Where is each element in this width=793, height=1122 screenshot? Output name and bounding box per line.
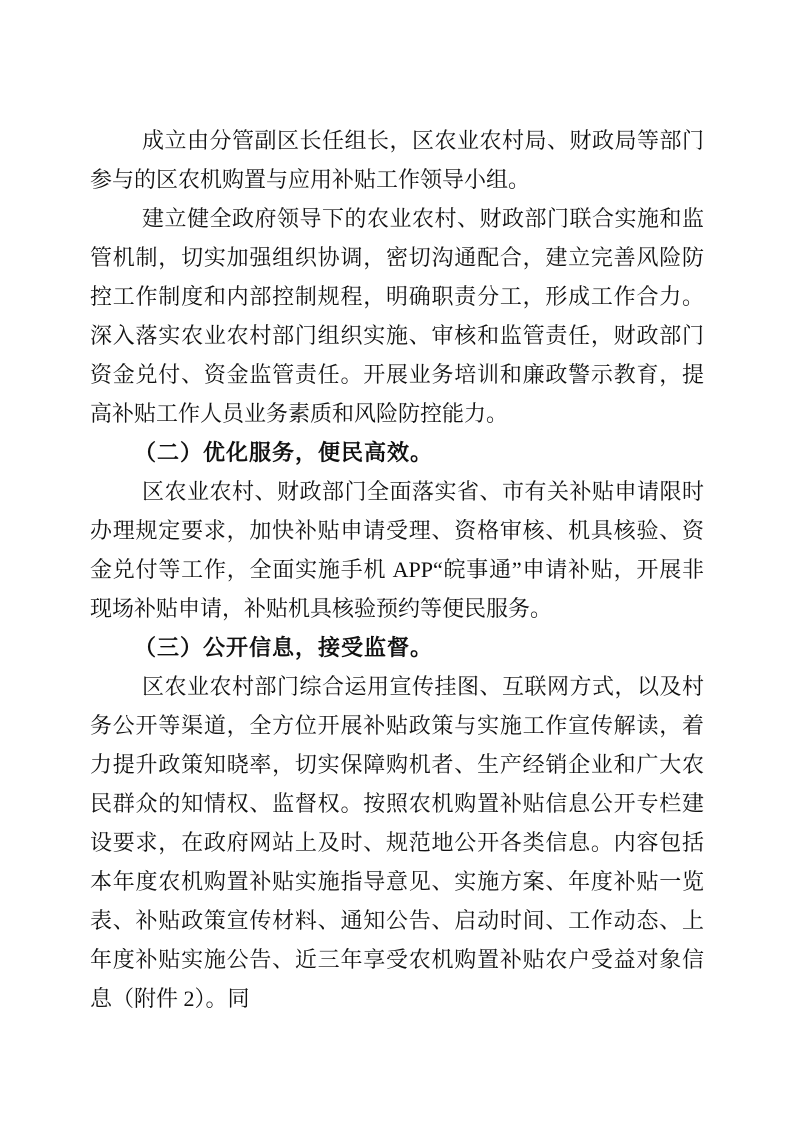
document-body: 成立由分管副区长任组长，区农业农村局、财政局等部门参与的区农机购置与应用补贴工作… xyxy=(90,121,704,1018)
body-paragraph: 建立健全政府领导下的农业农村、财政部门联合实施和监管机制，切实加强组织协调，密切… xyxy=(90,199,704,433)
section-heading: （二）优化服务，便民高效。 xyxy=(90,433,704,472)
document-page: 成立由分管副区长任组长，区农业农村局、财政局等部门参与的区农机购置与应用补贴工作… xyxy=(0,0,793,1122)
body-paragraph: 成立由分管副区长任组长，区农业农村局、财政局等部门参与的区农机购置与应用补贴工作… xyxy=(90,121,704,199)
section-heading: （三）公开信息，接受监督。 xyxy=(90,628,704,667)
body-paragraph: 区农业农村部门综合运用宣传挂图、互联网方式，以及村务公开等渠道，全方位开展补贴政… xyxy=(90,667,704,1018)
body-paragraph: 区农业农村、财政部门全面落实省、市有关补贴申请限时办理规定要求，加快补贴申请受理… xyxy=(90,472,704,628)
